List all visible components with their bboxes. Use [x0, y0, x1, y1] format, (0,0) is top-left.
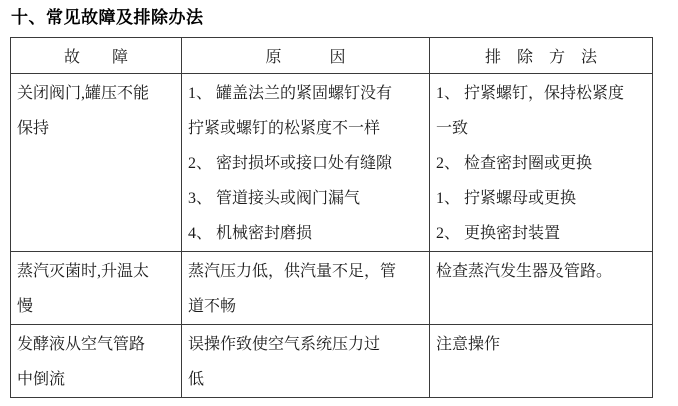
cell-line: 2、 更换密封装置 [436, 216, 648, 251]
header-cell-cause: 原 因 [182, 38, 430, 74]
cell-line: 2、 密封损坏或接口处有缝隙 [188, 146, 425, 181]
cause-cell: 蒸汽压力低，供汽量不足，管道不畅 [182, 252, 430, 325]
cell-line: 检查蒸汽发生器及管路。 [436, 254, 648, 289]
remedy-cell: 检查蒸汽发生器及管路。 [430, 252, 653, 325]
cell-line: 中倒流 [17, 362, 177, 397]
cell-line: 误操作致使空气系统压力过 [188, 327, 425, 362]
cell-line: 1、 拧紧螺母或更换 [436, 181, 648, 216]
document-page: 十、常见故障及排除办法 故 障原 因排 除 方 法 关闭阀门,罐压不能保持1、 … [0, 0, 678, 406]
cell-line: 2、 检查密封圈或更换 [436, 146, 648, 181]
cell-line: 一致 [436, 111, 648, 146]
table-row: 关闭阀门,罐压不能保持1、 罐盖法兰的紧固螺钉没有拧紧或螺钉的松紧度不一样2、 … [11, 74, 653, 252]
cell-line: 蒸汽灭菌时,升温太 [17, 254, 177, 289]
header-cell-remedy: 排 除 方 法 [430, 38, 653, 74]
cell-line: 发酵液从空气管路 [17, 327, 177, 362]
cell-line: 道不畅 [188, 289, 425, 324]
header-row: 故 障原 因排 除 方 法 [11, 38, 653, 74]
cell-line: 慢 [17, 289, 177, 324]
cell-line: 1、 拧紧螺钉，保持松紧度 [436, 76, 648, 111]
table-row: 蒸汽灭菌时,升温太慢蒸汽压力低，供汽量不足，管道不畅检查蒸汽发生器及管路。 [11, 252, 653, 325]
remedy-cell: 1、 拧紧螺钉，保持松紧度一致2、 检查密封圈或更换1、 拧紧螺母或更换2、 更… [430, 74, 653, 252]
cell-line: 蒸汽压力低，供汽量不足，管 [188, 254, 425, 289]
table-body: 关闭阀门,罐压不能保持1、 罐盖法兰的紧固螺钉没有拧紧或螺钉的松紧度不一样2、 … [11, 74, 653, 398]
cell-line: 3、 管道接头或阀门漏气 [188, 181, 425, 216]
cell-line: 拧紧或螺钉的松紧度不一样 [188, 111, 425, 146]
cause-cell: 1、 罐盖法兰的紧固螺钉没有拧紧或螺钉的松紧度不一样2、 密封损坏或接口处有缝隙… [182, 74, 430, 252]
cell-line: 注意操作 [436, 327, 648, 362]
fault-cell: 蒸汽灭菌时,升温太慢 [11, 252, 182, 325]
fault-table: 故 障原 因排 除 方 法 关闭阀门,罐压不能保持1、 罐盖法兰的紧固螺钉没有拧… [10, 37, 653, 398]
fault-cell: 关闭阀门,罐压不能保持 [11, 74, 182, 252]
cell-line: 4、 机械密封磨损 [188, 216, 425, 251]
cause-cell: 误操作致使空气系统压力过低 [182, 325, 430, 398]
table-row: 发酵液从空气管路中倒流误操作致使空气系统压力过低注意操作 [11, 325, 653, 398]
cell-line: 低 [188, 362, 425, 397]
section-title: 十、常见故障及排除办法 [11, 7, 678, 28]
cell-line: 关闭阀门,罐压不能 [17, 76, 177, 111]
cell-line: 1、 罐盖法兰的紧固螺钉没有 [188, 76, 425, 111]
fault-cell: 发酵液从空气管路中倒流 [11, 325, 182, 398]
header-cell-fault: 故 障 [11, 38, 182, 74]
remedy-cell: 注意操作 [430, 325, 653, 398]
cell-line: 保持 [17, 111, 177, 146]
